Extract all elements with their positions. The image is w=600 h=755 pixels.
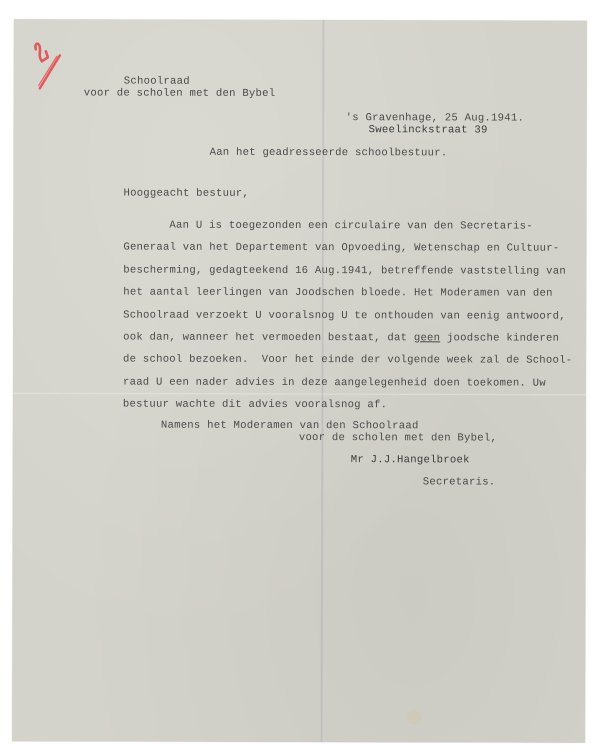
body-line-6-start: ook dan, wanneer het vermoeden bestaat, … <box>123 332 414 345</box>
body-line-8: raad U een nader advies in deze aangeleg… <box>123 377 546 391</box>
body-line-5: Schoolraad verzoekt U vooralsnog U te on… <box>123 310 566 324</box>
body-line-6: ook dan, wanneer het vermoeden bestaat, … <box>123 332 559 346</box>
signatory-title: Secretaris. <box>423 476 496 489</box>
recipient-line: Aan het geadresseerde schoolbestuur. <box>210 147 448 161</box>
body-line-1: Aan U is toegezonden een circulaire van … <box>169 220 532 234</box>
body-line-6-end: joodsche kinderen <box>440 332 559 344</box>
closing-line-2: voor de scholen met den Bybel, <box>299 432 497 446</box>
sender-address: Sweelinckstraat 39 <box>369 124 488 137</box>
underlined-word-geen: geen <box>414 332 440 344</box>
body-line-3: bescherming, gedagteekend 16 Aug.1941, b… <box>123 265 566 279</box>
body-line-2: Generaal van het Departement van Opvoedi… <box>123 242 559 256</box>
body-line-4: het aantal leerlingen van Joodschen bloe… <box>123 287 553 301</box>
paper-stain <box>407 710 421 724</box>
horizontal-fold-line <box>13 392 586 396</box>
signatory-name: Mr J.J.Hangelbroek <box>351 454 470 467</box>
salutation: Hooggeacht bestuur, <box>123 188 249 201</box>
letter-paper: Schoolraad voor de scholen met den Bybel… <box>12 19 587 742</box>
body-line-7: de school bezoeken. Voor het einde der v… <box>123 354 572 368</box>
org-name-line2: voor de scholen met den Bybel <box>84 87 276 101</box>
body-line-9: bestuur wachte dit advies vooralsnog af. <box>123 399 387 413</box>
red-pencil-mark-icon <box>26 33 66 93</box>
